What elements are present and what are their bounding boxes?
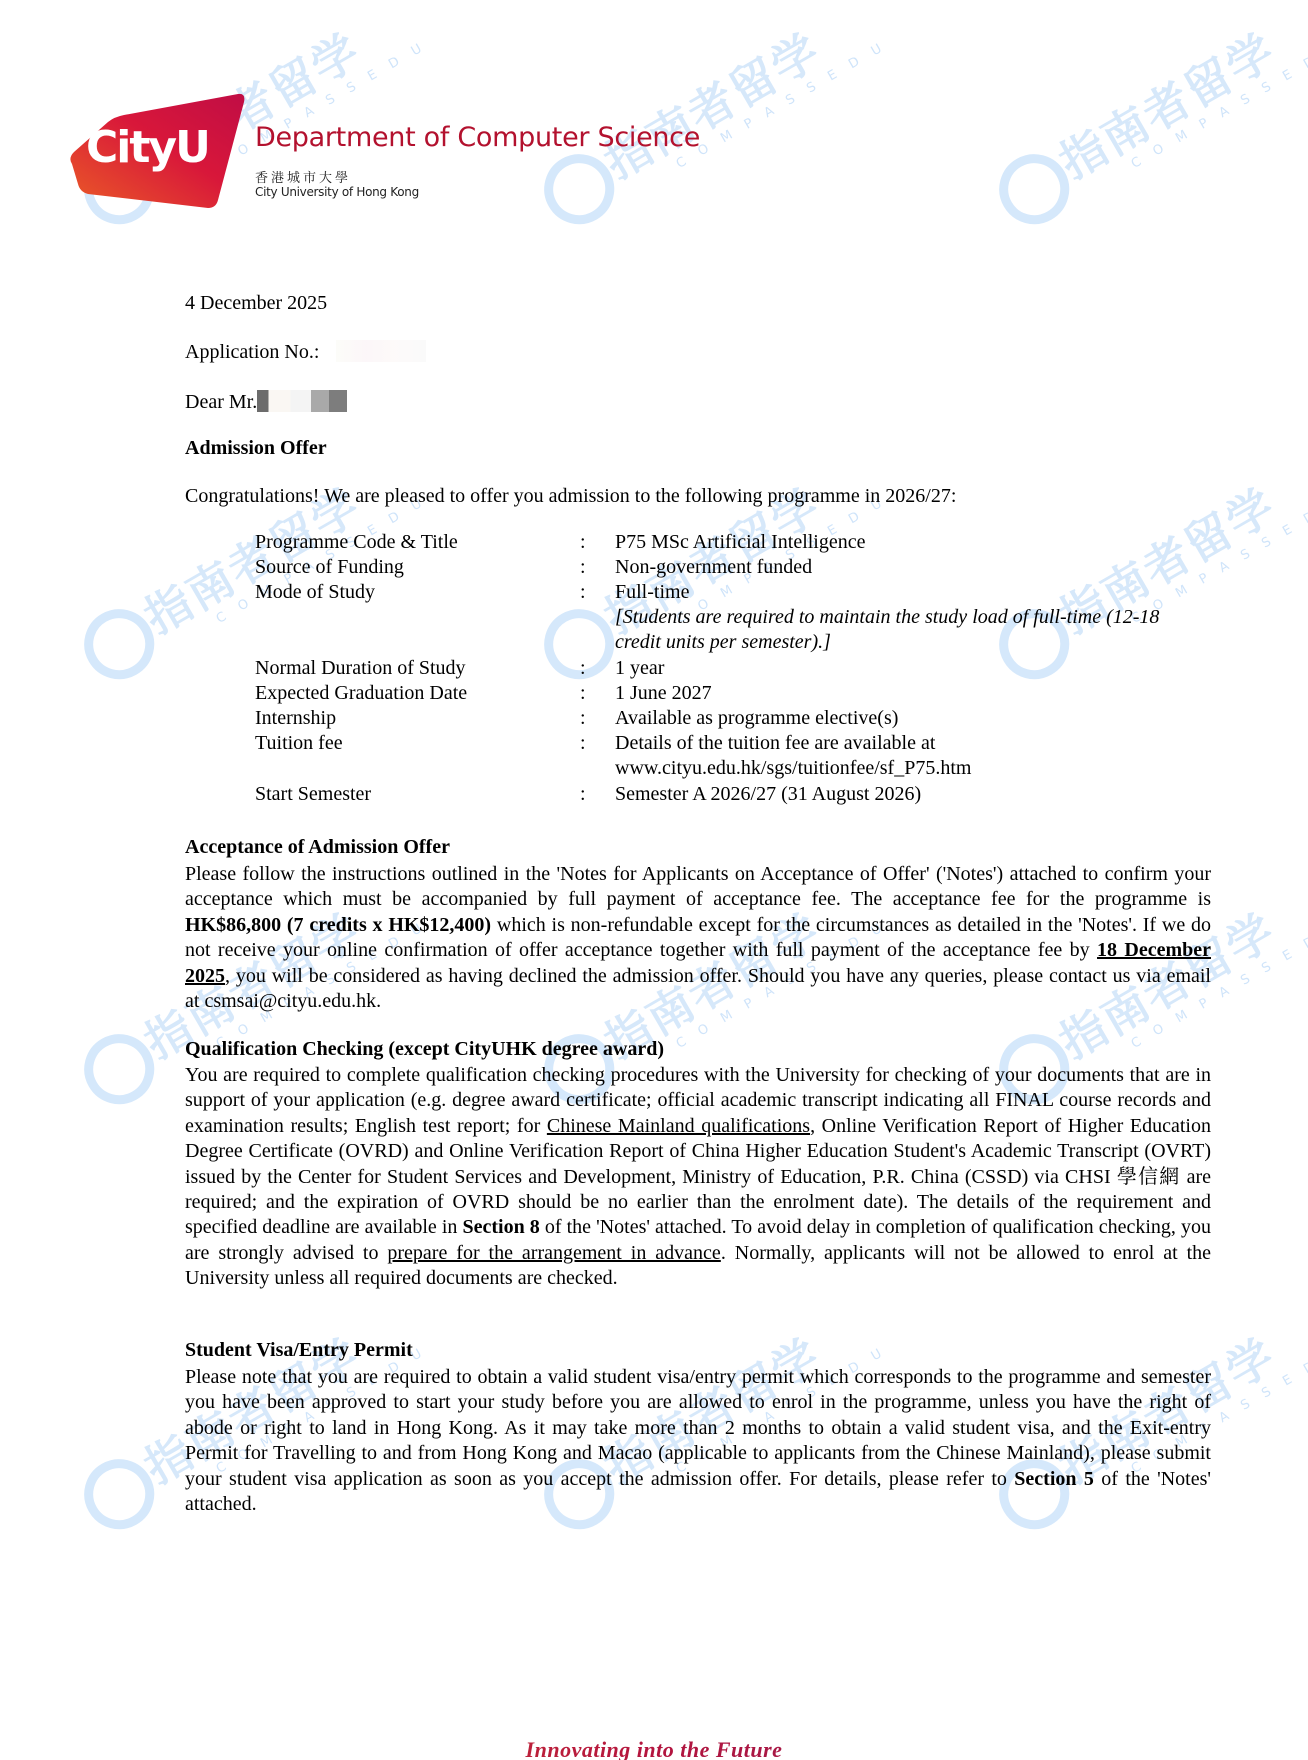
watermark-logo-icon [71,596,167,692]
detail-label: Normal Duration of Study [255,656,466,681]
tuition-fee-url: www.cityu.edu.hk/sgs/tuitionfee/sf_P75.h… [615,756,1215,781]
redacted-name [257,390,347,412]
detail-label: Programme Code & Title [255,530,458,555]
salutation: Dear Mr. [185,390,347,414]
acceptance-paragraph: Please follow the instructions outlined … [185,862,1211,1014]
watermark-logo-icon [531,141,627,237]
detail-value: Available as programme elective(s) [615,706,1215,731]
visa-heading: Student Visa/Entry Permit [185,1339,413,1362]
prepare-arrangement-link[interactable]: prepare for the arrangement in advance [387,1242,720,1264]
detail-value: 1 June 2027 [615,681,1215,706]
salutation-text: Dear Mr. [185,391,257,413]
application-number-label: Application No.: [185,341,319,363]
university-name-english: City University of Hong Kong [255,185,419,199]
footer-slogan: Innovating into the Future [0,1737,1308,1760]
watermark: 指南者留学COMPASSEDU [1046,0,1308,202]
redacted-application-number [336,340,426,362]
intro-paragraph: Congratulations! We are pleased to offer… [185,485,956,508]
detail-label: Expected Graduation Date [255,681,467,706]
detail-value: P75 MSc Artificial Intelligence [615,530,1215,555]
application-number: Application No.: [185,340,426,364]
acceptance-fee: HK$86,800 (7 credits x HK$12,400) [185,914,491,936]
detail-value: Non-government funded [615,555,1215,580]
section-5-reference: Section 5 [1014,1468,1094,1490]
subject-heading: Admission Offer [185,437,327,460]
detail-label: Mode of Study [255,580,375,605]
qualification-heading: Qualification Checking (except CityUHK d… [185,1038,664,1061]
watermark-logo-icon [986,141,1082,237]
university-name-chinese: 香港城市大學 [255,167,351,186]
watermark: 指南者留学COMPASSEDU [591,0,899,202]
detail-label: Tuition fee [255,731,343,756]
detail-label: Start Semester [255,782,371,807]
acceptance-heading: Acceptance of Admission Offer [185,836,450,859]
detail-value: 1 year [615,656,1215,681]
watermark-logo-icon [71,1446,167,1542]
study-load-note: [Students are required to maintain the s… [615,605,1215,630]
study-load-note: credit units per semester).] [615,630,1215,655]
detail-label: Source of Funding [255,555,404,580]
chinese-mainland-qualifications-link[interactable]: Chinese Mainland qualifications [547,1115,810,1137]
contact-email[interactable]: csmsai@cityu.edu.hk [204,990,376,1012]
logo-wordmark: CityU [86,122,209,173]
detail-value: Full-time [615,580,1215,605]
section-8-reference: Section 8 [462,1216,539,1238]
watermark-logo-icon [71,1021,167,1117]
department-title: Department of Computer Science [255,122,700,153]
qualification-paragraph: You are required to complete qualificati… [185,1063,1211,1292]
detail-value: Semester A 2026/27 (31 August 2026) [615,782,1215,807]
visa-paragraph: Please note that you are required to obt… [185,1365,1211,1517]
letter-date: 4 December 2025 [185,292,327,315]
detail-value: Details of the tuition fee are available… [615,731,1215,756]
detail-label: Internship [255,706,336,731]
